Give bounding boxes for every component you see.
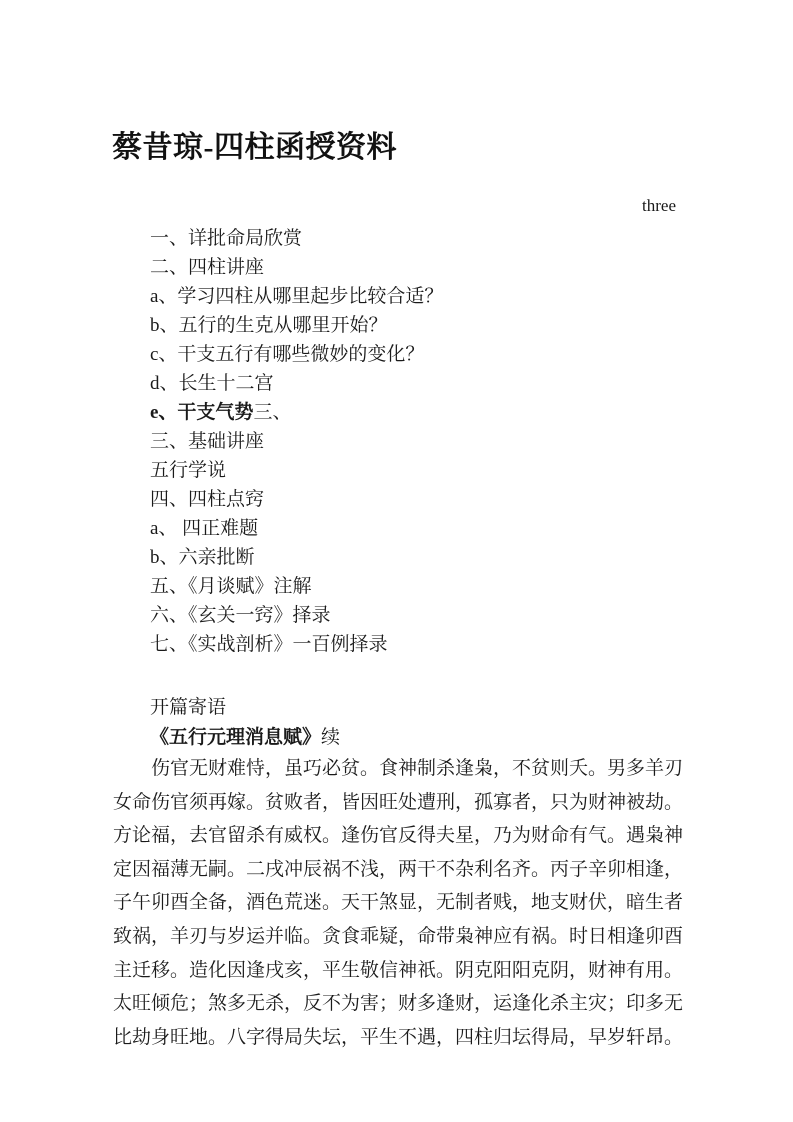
table-of-contents: 一、详批命局欣赏 二、四柱讲座 a、学习四柱从哪里起步比较合适？ b、五行的生克… — [150, 224, 690, 659]
paragraph-line: 比劫身旺地。八字得局失坛，平生不遇，四柱归坛得局，早岁轩昂。命用枭神， — [113, 1021, 683, 1055]
paragraph-line: 伤官无财难恃，虽巧必贫。食神制杀逢枭，不贫则夭。男多羊刃必重婚， — [113, 752, 683, 786]
paragraph-line: 定因福薄无嗣。二戌冲辰祸不浅，两干不杂利名齐。丙子辛卯相逢，荒淫滚浪， — [113, 853, 683, 887]
body-paragraph: 伤官无财难恃，虽巧必贫。食神制杀逢枭，不贫则夭。男多羊刃必重婚， 女命伤官须再嫁… — [113, 752, 683, 1054]
paragraph-line: 太旺倾危；煞多无杀，反不为害；财多逢财，运逢化杀主灾；印多无印，运行 — [113, 987, 683, 1021]
toc-item: 五、《月谈赋》注解 — [150, 572, 690, 601]
toc-item-rest-text: 三、 — [253, 402, 291, 423]
toc-item: b、五行的生克从哪里开始？ — [150, 311, 690, 340]
toc-item-bold-text: e、干支气势 — [150, 402, 253, 423]
toc-item: b、六亲批断 — [150, 543, 690, 572]
document-page: 蔡昔琼-四柱函授资料 three 一、详批命局欣赏 二、四柱讲座 a、学习四柱从… — [0, 0, 793, 1122]
paragraph-line: 致祸，羊刃与岁运并临。贪食乖疑，命带枭神应有祸。时日相逢卯酉，始生必 — [113, 920, 683, 954]
section-heading: 开篇寄语 — [150, 692, 226, 719]
toc-item: 四、四柱点窍 — [150, 485, 690, 514]
paragraph-line: 子午卯酉全备，酒色荒迷。天干煞显，无制者贱，地支财伏，暗生者奇。因财 — [113, 886, 683, 920]
toc-item: c、干支五行有哪些微妙的变化？ — [150, 340, 690, 369]
toc-item: 七、《实战剖析》一百例择录 — [150, 630, 690, 659]
page-number-label: three — [642, 196, 676, 216]
paragraph-line: 主迁移。造化因逢戌亥，平生敬信神祇。阴克阳阳克阴，财神有用。官多无官， — [113, 954, 683, 988]
paragraph-line: 女命伤官须再嫁。贫败者，皆因旺处遭刑，孤寡者，只为财神被劫。去杀留官 — [113, 786, 683, 820]
toc-item: 三、基础讲座 — [150, 427, 690, 456]
subtitle-book-title: 《五行元理消息赋》 — [150, 727, 321, 748]
toc-item: 五行学说 — [150, 456, 690, 485]
toc-item: a、学习四柱从哪里起步比较合适？ — [150, 282, 690, 311]
paragraph-line: 方论福，去官留杀有威权。逢伤官反得夫星，乃为财命有气。遇枭神而丧子息， — [113, 819, 683, 853]
toc-item: e、干支气势三、 — [150, 398, 690, 427]
subtitle-suffix: 续 — [321, 727, 340, 748]
section-subtitle: 《五行元理消息赋》续 — [150, 722, 340, 749]
document-title: 蔡昔琼-四柱函授资料 — [112, 122, 397, 166]
toc-item: 一、详批命局欣赏 — [150, 224, 690, 253]
toc-item: 二、四柱讲座 — [150, 253, 690, 282]
toc-item: a、 四正难题 — [150, 514, 690, 543]
toc-item: d、长生十二宫 — [150, 369, 690, 398]
toc-item: 六、《玄关一窍》择录 — [150, 601, 690, 630]
